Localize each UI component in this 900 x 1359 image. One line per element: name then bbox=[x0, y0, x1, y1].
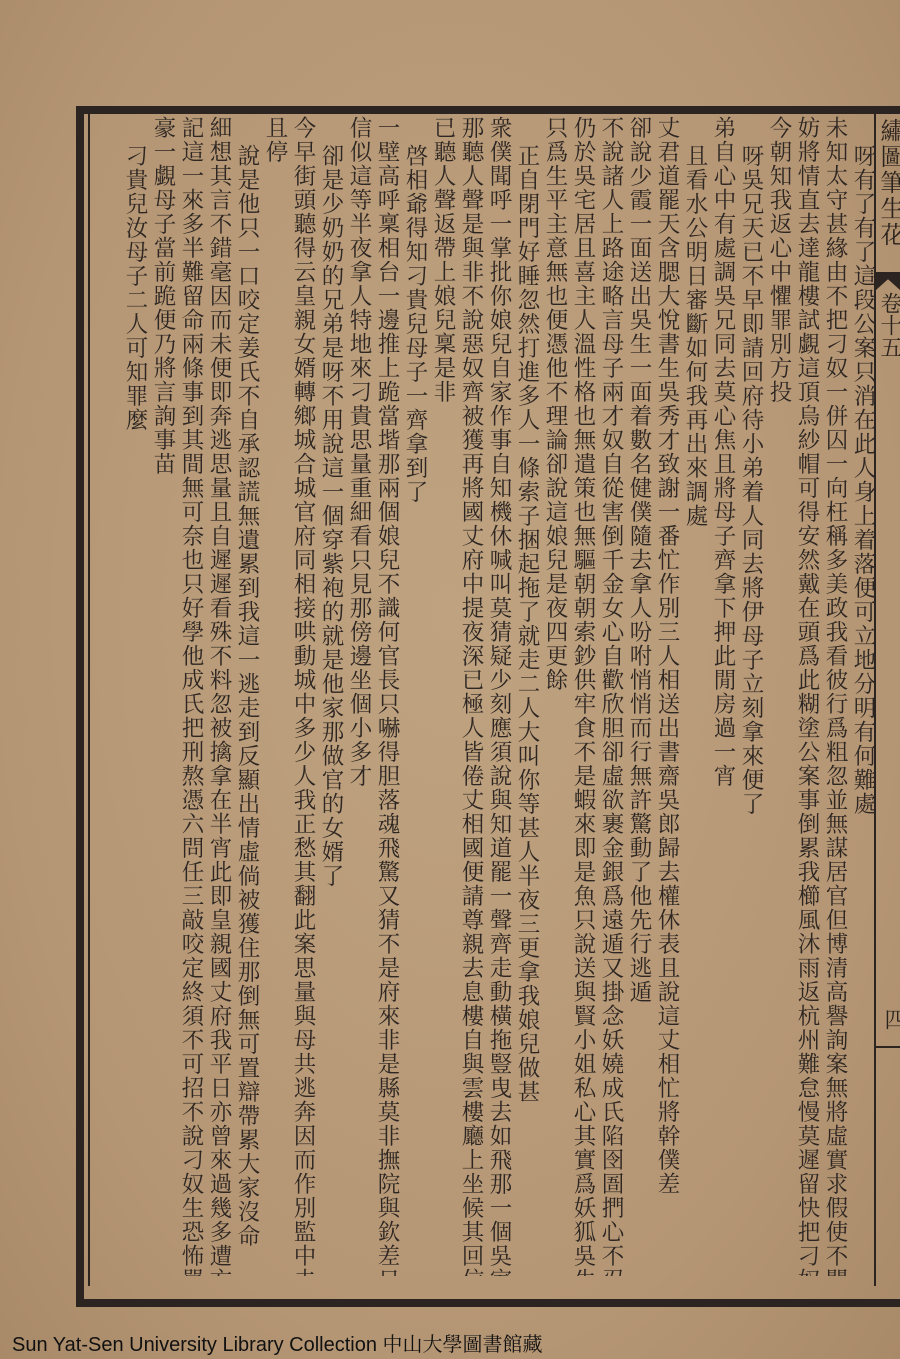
text-column: 呀吳兄天已不早即請回府待小弟着人同去將伊母子立刻拿來便了 bbox=[737, 116, 765, 1304]
fold-margin-banner bbox=[876, 114, 900, 1286]
text-column: 已聽人聲返帶上娘兒稟是非 bbox=[429, 116, 457, 1276]
text-column: 衆僕聞呼一掌批你娘兒自家作事自知機休喊叫莫猜疑少刻應須說與知道罷一聲齊走動橫拖豎… bbox=[485, 116, 513, 1276]
text-column: 卻說少霞一面送出吳生一面着數名健僕隨去拿人吩咐悄悄而行無許驚動了他先行逃遁 bbox=[625, 116, 653, 1276]
book-title: 繡圖筆生花 bbox=[878, 118, 900, 248]
text-column: 且看水公明日審斷如何我再出來調處 bbox=[681, 116, 709, 1304]
text-column: 未知太守甚緣由不把刁奴一併囚一向枉稱多美政我看彼行爲粗忽並無謀居官但博清高譽詢案… bbox=[821, 116, 849, 1276]
text-column: 刁貴兒汝母子二人可知罪麼 bbox=[121, 116, 149, 1304]
text-column: 仍於吳宅居且喜主人溫性格也無遣策也無驅朝朝索鈔供牢食不是蝦來即是魚只說送與賢小姐… bbox=[569, 116, 597, 1276]
volume-label: 卷十五 bbox=[878, 292, 900, 358]
page-number: 四 bbox=[878, 1008, 900, 1030]
banner-rule bbox=[876, 1046, 900, 1048]
text-column: 今朝知我返心中懼罪別方投 bbox=[765, 116, 793, 1276]
text-column: 今早街頭聽得云皇親女婿轉鄉城合城官府同相接哄動城中多少人我正愁其翻此案思量與母共… bbox=[289, 116, 317, 1276]
text-column: 只爲生平主意無也便憑他不理論卻說這娘兒是夜四更餘 bbox=[541, 116, 569, 1276]
text-column: 信似這等半夜拿人特地來刁貴思量重細看只見那傍邊坐個小多才 bbox=[345, 116, 373, 1276]
text-column: 妨將情直去達龍樓試覷這頂烏紗帽可得安然戴在頭爲此糊塗公案事倒累我櫛風沐雨返杭州難… bbox=[793, 116, 821, 1276]
text-column: 且停 bbox=[261, 116, 289, 1276]
text-column: 說是他只一口咬定姜氏不自承認謊無遺累到我這一逃走到反顯出情虛倘被獲住那倒無可置辯… bbox=[233, 116, 261, 1304]
text-column: 細想其言不錯毫因而未便即奔逃思量且自遲遲看殊不料忽被擒拿在半宵此即皇親國丈府我平… bbox=[205, 116, 233, 1276]
text-column: 正自閉門好睡忽然打進多人一條索子捆起拖了就走二人大叫你等甚人半夜三更拿我娘兒做甚 bbox=[513, 116, 541, 1304]
text-column: 記這一來多半難留命兩條事到其間無可奈也只好學他成氏把刑熬憑六問任三敲咬定終須不可… bbox=[177, 116, 205, 1276]
text-column: 弟自心中有處調吳兄同去莫心焦且將母子齊拿下押此閒房過一宵 bbox=[709, 116, 737, 1276]
text-body: 呀有了有了這段公案只消在此人身上着落便可立地分明有何難處 未知太守甚緣由不把刁奴… bbox=[95, 116, 877, 1284]
text-column: 一壁高呼稟相台一邊推上跪當堦那兩個娘兒不識何官長只嚇得胆落魂飛驚又猜不是府來非是… bbox=[373, 116, 401, 1276]
text-column: 丈君道罷天含腮大悅書生吳秀才致謝一番忙作別三人相送出書齋吳郎歸去權休表且說這丈相… bbox=[653, 116, 681, 1276]
collection-watermark: Sun Yat-Sen University Library Collectio… bbox=[12, 1328, 543, 1357]
text-column: 豪一覷母子當前跪便乃將言詢事苗 bbox=[149, 116, 177, 1276]
text-column: 呀有了有了這段公案只消在此人身上着落便可立地分明有何難處 bbox=[849, 116, 877, 1304]
text-column: 不說諸人上路途略言母子兩才奴自從害倒千金女心自歡欣胆卻虛欲裹金銀爲遠遁又掛念妖嬈… bbox=[597, 116, 625, 1276]
text-column: 那聽人聲是與非不說惡奴齊被獲再將國丈府中提夜深已極人皆倦丈相國便請尊親去息樓自與… bbox=[457, 116, 485, 1276]
text-column: 卻是少奶奶的兄弟是呀不用說這一個穿紫袍的就是他家那做官的女婿了 bbox=[317, 116, 345, 1304]
scanned-book-page: 繡圖筆生花 卷十五 四 呀有了有了這段公案只消在此人身上着落便可立地分明有何難處… bbox=[0, 0, 900, 1359]
text-column: 啓相爺得知刁貴兒母子一齊拿到了 bbox=[401, 116, 429, 1304]
